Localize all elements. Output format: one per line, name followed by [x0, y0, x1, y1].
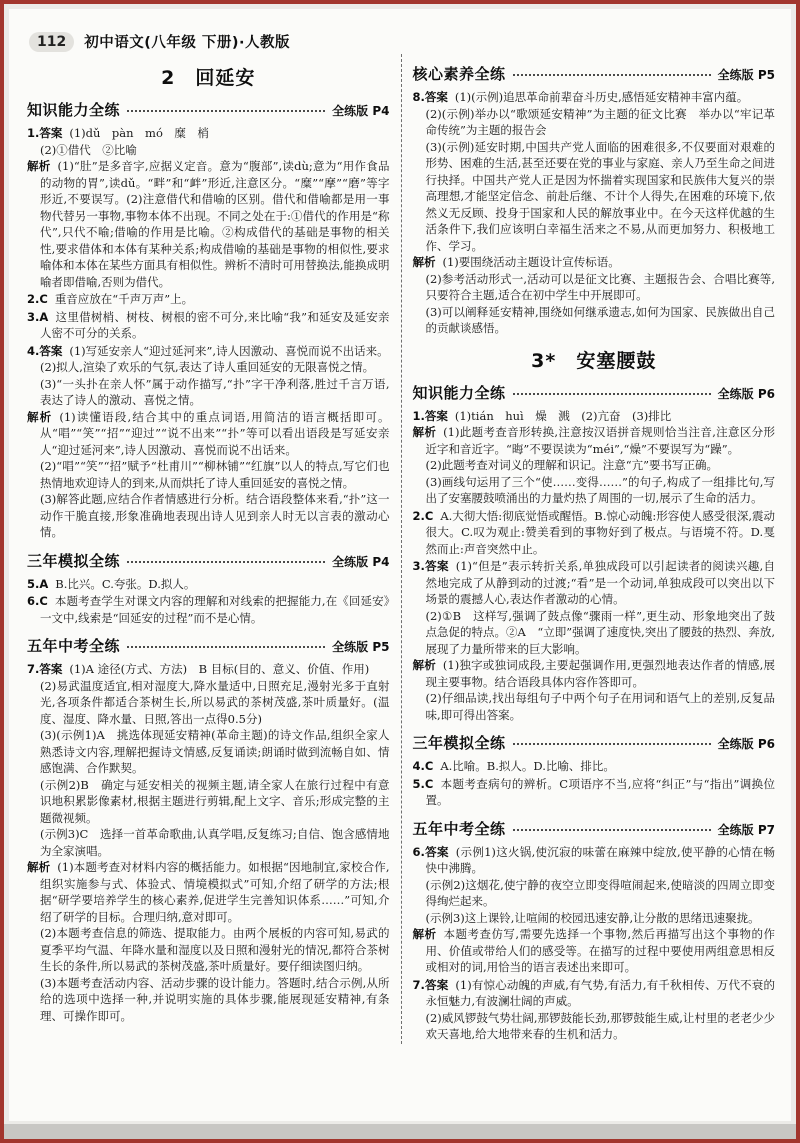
answer-text: (示例3)这上课铃,让喧闹的校园迅速安静,让分散的思绪迅速聚拢。 [426, 911, 760, 925]
section-heading-row: 五年中考全练全练版 P7 [413, 818, 776, 839]
section-heading: 知识能力全练 [413, 382, 506, 403]
answer-paragraph: (3)本题考查活动内容、活动步骤的设计能力。答题时,结合示例,从所给的选项中选择… [40, 975, 390, 1025]
section-heading-row: 知识能力全练全练版 P4 [27, 99, 390, 120]
answer-text: B.比兴。C.夸张。D.拟人。 [55, 577, 195, 591]
answer-paragraph: (2)参考活动形式一,活动可以是征文比赛、主题报告会、合唱比赛等,只要符合主题,… [426, 271, 776, 304]
answer-paragraph: 1.答案(1)dǔ pàn mó 糜 梢 [40, 125, 390, 142]
answer-item: 4.CA.比喻。B.拟人。D.比喻、排比。 [413, 758, 776, 775]
answer-text: (示例3)C 选择一首革命歌曲,认真学唱,反复练习;自信、饱含感情地为全家演唱。 [40, 827, 390, 858]
answer-item: 2.CA.大彻大悟:彻底觉悟或醒悟。B.惊心动魄:形容使人感受很深,震动很大。C… [413, 508, 776, 558]
section-page-ref: 全练版 P5 [332, 638, 389, 655]
answer-label: 解析 [413, 255, 436, 269]
answer-text: (1)此题考查音形转换,注意按汉语拼音规则恰当注音,注意区分形近字和音近字。“晦… [426, 425, 776, 456]
answer-text: (2)仔细品读,找出每组句子中两个句子在用词和语气上的差别,反复品味,即可得出答… [426, 691, 776, 722]
answer-paragraph: 7.答案(1)A 途径(方式、方法) B 目标(目的、意义、价值、作用) [40, 661, 390, 678]
answer-label: 5.A [27, 577, 48, 591]
answer-text: (3)(示例)延安时期,中国共产党人面临的困难很多,不仅要面对艰难的形势、困难的… [426, 140, 776, 253]
answer-text: (3)(示例1)A 挑选体现延安精神(革命主题)的诗文作品,组织全家人熟悉诗文内… [40, 728, 390, 775]
answer-label: 解析 [27, 860, 50, 874]
answer-paragraph: (3)解答此题,应结合作者情感进行分析。结合语段整体来看,“扑”这一动作干脆直接… [40, 491, 390, 541]
answer-paragraph: (2)此题考查对词义的理解和识记。注意“亢”要书写正确。 [426, 457, 776, 474]
answer-paragraph: (3)可以阐释延安精神,围绕如何继承遗志,如何为国家、民族做出自己的贡献谈感悟。 [426, 304, 776, 337]
answer-text: (2)拟人,渲染了欢乐的气氛,表达了诗人重回延安的无限喜悦之情。 [40, 360, 374, 374]
answer-item: 6.答案(示例1)这火锅,使沉寂的味蕾在麻辣中绽放,使平静的心情在畅快中沸腾。(… [413, 844, 776, 976]
answer-text: 本题考查学生对课文内容的理解和对线索的把握能力,在《回延安》一文中,线索是“回延… [40, 594, 390, 625]
answer-paragraph: 2.CA.大彻大悟:彻底觉悟或醒悟。B.惊心动魄:形容使人感受很深,震动很大。C… [426, 508, 776, 558]
answer-text: (1)有惊心动魄的声威,有气势,有活力,有千秋相传、万代不衰的永恒魅力,有波澜壮… [426, 978, 776, 1009]
answer-label: 4.答案 [27, 344, 62, 358]
answer-paragraph: 4.CA.比喻。B.拟人。D.比喻、排比。 [426, 758, 776, 775]
answer-text: (3)可以阐释延安精神,围绕如何继承遗志,如何为国家、民族做出自己的贡献谈感悟。 [426, 305, 776, 336]
answer-label: 8.答案 [413, 90, 448, 104]
lesson-title: 3* 安塞腰鼓 [413, 346, 776, 373]
answer-paragraph: 2.C重音应放在“千声万声”上。 [40, 291, 390, 308]
answer-text: (示例1)这火锅,使沉寂的味蕾在麻辣中绽放,使平静的心情在畅快中沸腾。 [426, 845, 776, 876]
answer-paragraph: (2)“唱”“笑”“招”赋予“杜甫川”“柳林铺”“红旗”以人的特点,写它们也热情… [40, 458, 390, 491]
answer-item: 7.答案(1)A 途径(方式、方法) B 目标(目的、意义、价值、作用)(2)易… [27, 661, 390, 1024]
answer-paragraph: (示例3)这上课铃,让喧闹的校园迅速安静,让分散的思绪迅速聚拢。 [426, 910, 776, 927]
dotted-leader [127, 646, 325, 648]
answer-item: 7.答案(1)有惊心动魄的声威,有气势,有活力,有千秋相传、万代不衰的永恒魅力,… [413, 977, 776, 1043]
practice-section: 核心素养全练全练版 P58.答案(1)(示例)追思革命前辈奋斗历史,感悟延安精神… [413, 63, 776, 337]
answer-paragraph: (2)威风锣鼓气势壮阔,那锣鼓能长劲,那锣鼓能生威,让村里的老老少少欢天喜地,给… [426, 1010, 776, 1043]
answer-text: A.大彻大悟:彻底觉悟或醒悟。B.惊心动魄:形容使人感受很深,震动很大。C.叹为… [426, 509, 776, 556]
answer-text: 这里借树梢、树枝、树根的密不可分,来比喻“我”和延安及延安亲人密不可分的关系。 [40, 310, 390, 341]
answer-text: (1)要围绕活动主题设计宣传标语。 [443, 255, 620, 269]
answer-paragraph: (3)(示例)延安时期,中国共产党人面临的困难很多,不仅要面对艰难的形势、困难的… [426, 139, 776, 255]
answer-paragraph: 解析(1)本题考查对材料内容的概括能力。如根据“因地制宜,家校合作,组织实施参与… [40, 859, 390, 925]
page-bottom-edge [4, 1124, 796, 1139]
section-heading: 五年中考全练 [413, 818, 506, 839]
section-heading-row: 三年模拟全练全练版 P6 [413, 732, 776, 753]
answer-text: (2)①B 这样写,强调了鼓点像“骤雨一样”,更生动、形象地突出了鼓点急促的特点… [426, 609, 776, 656]
answer-paragraph: (示例3)C 选择一首革命歌曲,认真学唱,反复练习;自信、饱含感情地为全家演唱。 [40, 826, 390, 859]
practice-section: 五年中考全练全练版 P57.答案(1)A 途径(方式、方法) B 目标(目的、意… [27, 635, 390, 1024]
answer-label: 解析 [27, 159, 51, 173]
page-margin: 112 初中语文(八年级 下册)·人教版 2 回延安知识能力全练全练版 P41.… [4, 4, 796, 1139]
answer-text: (2)参考活动形式一,活动可以是征文比赛、主题报告会、合唱比赛等,只要符合主题,… [426, 272, 776, 303]
answer-item: 8.答案(1)(示例)追思革命前辈奋斗历史,感悟延安精神丰富内蕴。(2)(示例)… [413, 89, 776, 337]
answer-paragraph: 解析本题考查仿写,需要先选择一个事物,然后再描写出这个事物的作用、价值或带给人们… [426, 926, 776, 976]
answer-paragraph: (2)本题考查信息的筛选、提取能力。由两个展板的内容可知,易武的夏季平均气温、年… [40, 925, 390, 975]
answer-paragraph: 8.答案(1)(示例)追思革命前辈奋斗历史,感悟延安精神丰富内蕴。 [426, 89, 776, 106]
answer-text: (1)读懂语段,结合其中的重点词语,用简洁的语言概括即可。从“唱”“笑”“招”“… [40, 410, 390, 457]
section-page-ref: 全练版 P5 [718, 66, 775, 83]
answer-text: 本题考查仿写,需要先选择一个事物,然后再描写出这个事物的作用、价值或带给人们的感… [426, 927, 776, 974]
answer-text: (3)解答此题,应结合作者情感进行分析。结合语段整体来看,“扑”这一动作干脆直接… [40, 492, 390, 539]
answer-text: (2)此题考查对词义的理解和识记。注意“亢”要书写正确。 [426, 458, 719, 472]
answer-paragraph: 5.C本题考查病句的辨析。C项语序不当,应将“纠正”与“指出”调换位置。 [426, 776, 776, 809]
left-column: 2 回延安知识能力全练全练版 P41.答案(1)dǔ pàn mó 糜 梢(2)… [27, 54, 401, 1044]
book-page-photo: 112 初中语文(八年级 下册)·人教版 2 回延安知识能力全练全练版 P41.… [0, 0, 800, 1143]
answer-text: 本题考查病句的辨析。C项语序不当,应将“纠正”与“指出”调换位置。 [426, 777, 776, 808]
section-heading: 知识能力全练 [27, 99, 120, 120]
answer-paragraph: 4.答案(1)写延安亲人“迎过延河来”,诗人因激动、喜悦而说不出话来。 [40, 343, 390, 360]
answer-page: 112 初中语文(八年级 下册)·人教版 2 回延安知识能力全练全练版 P41.… [9, 9, 791, 1121]
answer-text: (1)“肚”是多音字,应据义定音。意为“腹部”,读dù;意为“用作食品的动物的胃… [40, 159, 390, 289]
answer-item: 5.C本题考查病句的辨析。C项语序不当,应将“纠正”与“指出”调换位置。 [413, 776, 776, 809]
answer-paragraph: 解析(1)独字或独词成段,主要起强调作用,更强烈地表达作者的情感,展现主要事物。… [426, 657, 776, 690]
answer-paragraph: 3.A这里借树梢、树枝、树根的密不可分,来比喻“我”和延安及延安亲人密不可分的关… [40, 309, 390, 342]
section-heading-row: 五年中考全练全练版 P5 [27, 635, 390, 656]
answer-label: 1.答案 [27, 126, 62, 140]
dotted-leader [513, 829, 711, 831]
answer-paragraph: (2)仔细品读,找出每组句子中两个句子在用词和语气上的差别,反复品味,即可得出答… [426, 690, 776, 723]
answer-text: A.比喻。B.拟人。D.比喻、排比。 [440, 759, 615, 773]
answer-item: 3.A这里借树梢、树枝、树根的密不可分,来比喻“我”和延安及延安亲人密不可分的关… [27, 309, 390, 342]
answer-item: 3.答案(1)“但是”表示转折关系,单独成段可以引起读者的阅读兴趣,自然地完成了… [413, 558, 776, 723]
answer-label: 解析 [413, 658, 436, 672]
answer-text: (2)本题考查信息的筛选、提取能力。由两个展板的内容可知,易武的夏季平均气温、年… [40, 926, 390, 973]
answer-label: 4.C [413, 759, 434, 773]
answer-text: (1)A 途径(方式、方法) B 目标(目的、意义、价值、作用) [69, 662, 369, 676]
answer-label: 解析 [27, 410, 52, 424]
answer-text: (1)“但是”表示转折关系,单独成段可以引起读者的阅读兴趣,自然地完成了从静到动… [426, 559, 776, 606]
answer-item: 1.答案(1)dǔ pàn mó 糜 梢(2)①借代 ②比喻解析(1)“肚”是多… [27, 125, 390, 290]
section-heading: 核心素养全练 [413, 63, 506, 84]
page-header: 112 初中语文(八年级 下册)·人教版 [29, 31, 775, 52]
answer-text: (3)“一头扑在亲人怀”属于动作描写,“扑”字干净利落,胜过千言万语,表达了诗人… [40, 377, 390, 408]
section-page-ref: 全练版 P4 [332, 553, 389, 570]
answer-paragraph: (2)易武温度适宜,相对湿度大,降水量适中,日照充足,漫射光多于直射光,各项条件… [40, 678, 390, 728]
section-heading: 三年模拟全练 [27, 550, 120, 571]
answer-label: 解析 [413, 425, 437, 439]
answer-paragraph: (3)(示例1)A 挑选体现延安精神(革命主题)的诗文作品,组织全家人熟悉诗文内… [40, 727, 390, 777]
answer-text: (1)(示例)追思革命前辈奋斗历史,感悟延安精神丰富内蕴。 [455, 90, 748, 104]
answer-paragraph: 解析(1)要围绕活动主题设计宣传标语。 [426, 254, 776, 271]
section-page-ref: 全练版 P4 [332, 102, 389, 119]
section-heading-row: 知识能力全练全练版 P6 [413, 382, 776, 403]
answer-label: 解析 [413, 927, 437, 941]
answer-paragraph: (2)拟人,渲染了欢乐的气氛,表达了诗人重回延安的无限喜悦之情。 [40, 359, 390, 376]
right-column: 核心素养全练全练版 P58.答案(1)(示例)追思革命前辈奋斗历史,感悟延安精神… [401, 54, 776, 1044]
answer-paragraph: 解析(1)此题考查音形转换,注意按汉语拼音规则恰当注音,注意区分形近字和音近字。… [426, 424, 776, 457]
answer-text: (2)“唱”“笑”“招”赋予“杜甫川”“柳林铺”“红旗”以人的特点,写它们也热情… [40, 459, 390, 490]
two-column-layout: 2 回延安知识能力全练全练版 P41.答案(1)dǔ pàn mó 糜 梢(2)… [27, 54, 775, 1044]
answer-paragraph: (3)“一头扑在亲人怀”属于动作描写,“扑”字干净利落,胜过千言万语,表达了诗人… [40, 376, 390, 409]
answer-text: (2)易武温度适宜,相对湿度大,降水量适中,日照充足,漫射光多于直射光,各项条件… [40, 679, 390, 726]
answer-text: (1)本题考查对材料内容的概括能力。如根据“因地制宜,家校合作,组织实施参与式、… [40, 860, 390, 924]
section-page-ref: 全练版 P7 [718, 821, 775, 838]
answer-paragraph: 3.答案(1)“但是”表示转折关系,单独成段可以引起读者的阅读兴趣,自然地完成了… [426, 558, 776, 608]
section-page-ref: 全练版 P6 [718, 735, 775, 752]
answer-label: 3.答案 [413, 559, 449, 573]
section-heading: 五年中考全练 [27, 635, 120, 656]
answer-text: (3)本题考查活动内容、活动步骤的设计能力。答题时,结合示例,从所给的选项中选择… [40, 976, 390, 1023]
dotted-leader [513, 743, 711, 745]
answer-paragraph: (2)①B 这样写,强调了鼓点像“骤雨一样”,更生动、形象地突出了鼓点急促的特点… [426, 608, 776, 658]
section-page-ref: 全练版 P6 [718, 385, 775, 402]
dotted-leader [127, 561, 325, 563]
answer-text: (1)dǔ pàn mó 糜 梢 [69, 126, 209, 140]
section-heading-row: 核心素养全练全练版 P5 [413, 63, 776, 84]
answer-paragraph: 6.答案(示例1)这火锅,使沉寂的味蕾在麻辣中绽放,使平静的心情在畅快中沸腾。 [426, 844, 776, 877]
answer-text: (1)tián huì 燥 溅 (2)亢奋 (3)排比 [455, 409, 671, 423]
dotted-leader [513, 74, 711, 76]
answer-paragraph: (示例2)B 确定与延安相关的视频主题,请全家人在旅行过程中有意识地积累影像素材… [40, 777, 390, 827]
answer-item: 5.AB.比兴。C.夸张。D.拟人。 [27, 576, 390, 593]
answer-label: 6.C [27, 594, 48, 608]
answer-text: (2)(示例)举办以“歌颂延安精神”为主题的征文比赛 举办以“牢记革命传统”为主… [426, 107, 776, 138]
practice-section: 五年中考全练全练版 P76.答案(示例1)这火锅,使沉寂的味蕾在麻辣中绽放,使平… [413, 818, 776, 1043]
answer-paragraph: 1.答案(1)tián huì 燥 溅 (2)亢奋 (3)排比 [426, 408, 776, 425]
book-title: 初中语文(八年级 下册)·人教版 [84, 31, 290, 52]
answer-text: 重音应放在“千声万声”上。 [55, 292, 193, 306]
page-number-badge: 112 [29, 32, 74, 52]
section-heading: 三年模拟全练 [413, 732, 506, 753]
answer-item: 6.C本题考查学生对课文内容的理解和对线索的把握能力,在《回延安》一文中,线索是… [27, 593, 390, 626]
answer-text: (示例2)B 确定与延安相关的视频主题,请全家人在旅行过程中有意识地积累影像素材… [40, 778, 390, 825]
answer-text: (1)写延安亲人“迎过延河来”,诗人因激动、喜悦而说不出话来。 [69, 344, 388, 358]
practice-section: 知识能力全练全练版 P61.答案(1)tián huì 燥 溅 (2)亢奋 (3… [413, 382, 776, 724]
dotted-leader [513, 393, 711, 395]
answer-label: 1.答案 [413, 409, 448, 423]
answer-paragraph: (3)画线句运用了三个“使……变得……”的句子,构成了一组排比句,写出了安塞腰鼓… [426, 474, 776, 507]
answer-text: (示例2)这烟花,使宁静的夜空立即变得喧闹起来,使暗淡的四周立即变得绚烂起来。 [426, 878, 776, 909]
answer-text: (2)威风锣鼓气势壮阔,那锣鼓能长劲,那锣鼓能生威,让村里的老老少少欢天喜地,给… [426, 1011, 776, 1042]
answer-label: 7.答案 [413, 978, 449, 992]
answer-paragraph: 解析(1)读懂语段,结合其中的重点词语,用简洁的语言概括即可。从“唱”“笑”“招… [40, 409, 390, 459]
practice-section: 知识能力全练全练版 P41.答案(1)dǔ pàn mó 糜 梢(2)①借代 ②… [27, 99, 390, 541]
answer-item: 1.答案(1)tián huì 燥 溅 (2)亢奋 (3)排比解析(1)此题考查… [413, 408, 776, 507]
answer-paragraph: (2)(示例)举办以“歌颂延安精神”为主题的征文比赛 举办以“牢记革命传统”为主… [426, 106, 776, 139]
answer-paragraph: 解析(1)“肚”是多音字,应据义定音。意为“腹部”,读dù;意为“用作食品的动物… [40, 158, 390, 290]
answer-label: 2.C [27, 292, 48, 306]
section-heading-row: 三年模拟全练全练版 P4 [27, 550, 390, 571]
answer-text: (3)画线句运用了三个“使……变得……”的句子,构成了一组排比句,写出了安塞腰鼓… [426, 475, 776, 506]
answer-label: 3.A [27, 310, 48, 324]
answer-item: 4.答案(1)写延安亲人“迎过延河来”,诗人因激动、喜悦而说不出话来。(2)拟人… [27, 343, 390, 541]
answer-label: 6.答案 [413, 845, 449, 859]
answer-paragraph: 7.答案(1)有惊心动魄的声威,有气势,有活力,有千秋相传、万代不衰的永恒魅力,… [426, 977, 776, 1010]
answer-item: 2.C重音应放在“千声万声”上。 [27, 291, 390, 308]
answer-text: (1)独字或独词成段,主要起强调作用,更强烈地表达作者的情感,展现主要事物。结合… [426, 658, 776, 689]
answer-label: 2.C [413, 509, 434, 523]
lesson-title: 2 回延安 [27, 63, 390, 90]
answer-label: 7.答案 [27, 662, 62, 676]
answer-paragraph: (2)①借代 ②比喻 [40, 142, 390, 159]
answer-label: 5.C [413, 777, 434, 791]
answer-paragraph: 6.C本题考查学生对课文内容的理解和对线索的把握能力,在《回延安》一文中,线索是… [40, 593, 390, 626]
answer-paragraph: (示例2)这烟花,使宁静的夜空立即变得喧闹起来,使暗淡的四周立即变得绚烂起来。 [426, 877, 776, 910]
dotted-leader [127, 110, 325, 112]
practice-section: 三年模拟全练全练版 P45.AB.比兴。C.夸张。D.拟人。6.C本题考查学生对… [27, 550, 390, 627]
answer-text: (2)①借代 ②比喻 [40, 143, 137, 157]
practice-section: 三年模拟全练全练版 P64.CA.比喻。B.拟人。D.比喻、排比。5.C本题考查… [413, 732, 776, 809]
answer-paragraph: 5.AB.比兴。C.夸张。D.拟人。 [40, 576, 390, 593]
